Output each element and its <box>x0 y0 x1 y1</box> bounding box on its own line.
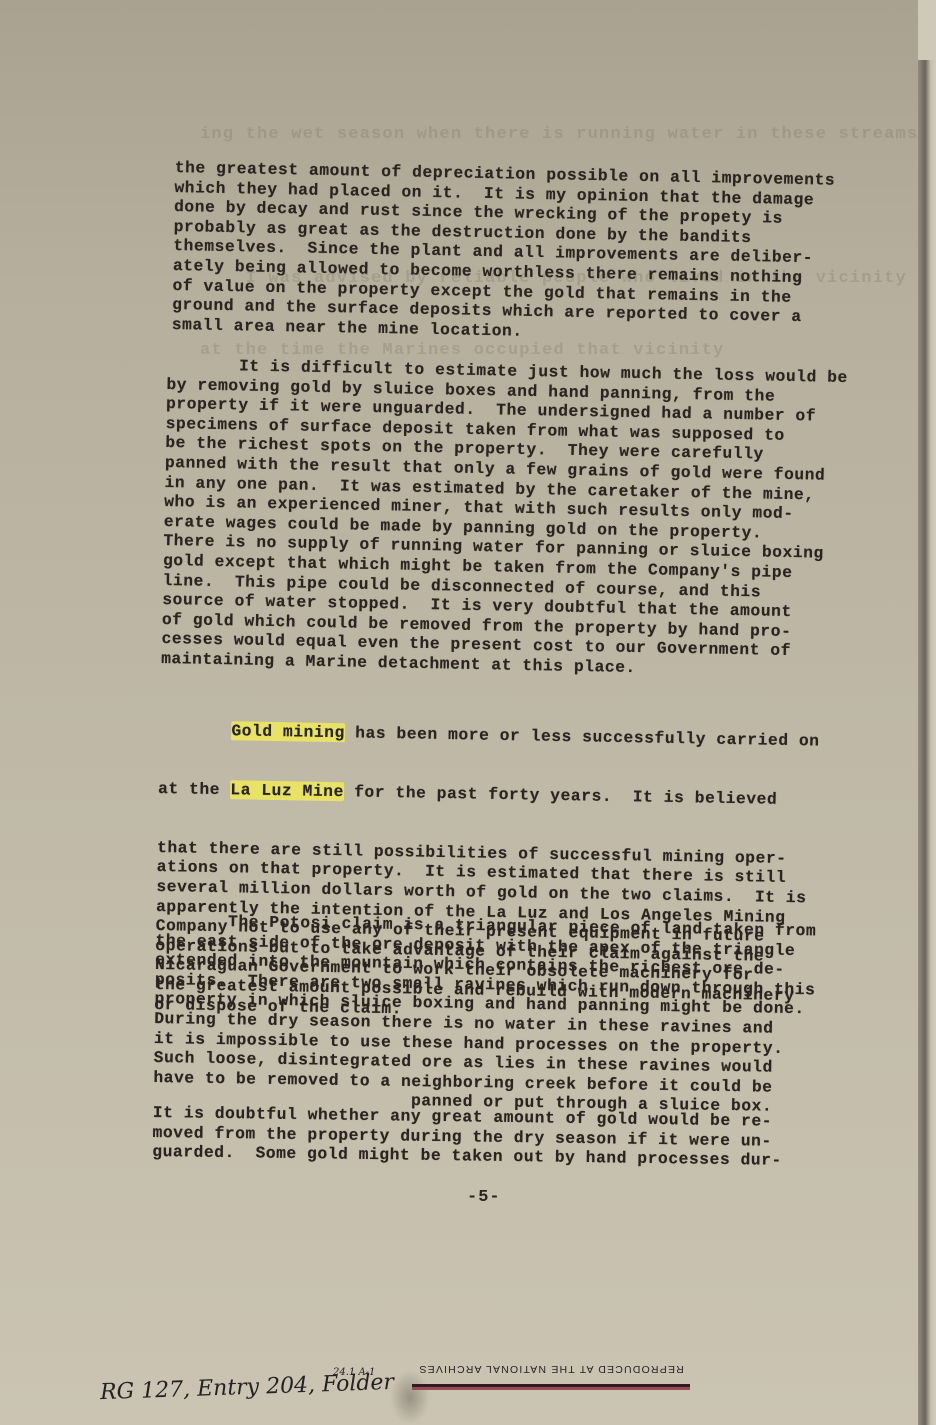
paragraph-potosi-claim: The Potosi claim is a triangular piece o… <box>153 911 916 1119</box>
text-segment: has been more or less successfully carri… <box>345 723 820 750</box>
document-page: ing the wet season when there is running… <box>0 0 918 1425</box>
folder-number: 24.1 A-1 <box>333 1367 375 1378</box>
page-edge-top <box>918 0 936 60</box>
paragraph-depreciation: the greatest amount of depreciation poss… <box>172 158 935 349</box>
highlight-gold-mining: Gold mining <box>231 721 345 742</box>
page-edge-shadow <box>918 60 936 1425</box>
highlight-la-luz-mine: La Luz Mine <box>230 780 344 801</box>
stamp-text: REPRODUCED AT THE NATIONAL ARCHIVES <box>412 1358 690 1380</box>
text-segment: for the past forty years. It is believed <box>344 782 778 809</box>
bleed-line: ing the wet season when there is running… <box>200 123 920 147</box>
text-line: at the La Luz Mine for the past forty ye… <box>158 779 918 812</box>
text-line: Gold mining has been more or less succes… <box>159 720 919 753</box>
paragraph-loss-estimate: It is difficult to estimate just how muc… <box>161 355 927 683</box>
archives-stamp: REPRODUCED AT THE NATIONAL ARCHIVES <box>412 1358 690 1387</box>
text-segment: at the <box>158 779 231 799</box>
paragraph-dry-season: It is doubtful whether any great amount … <box>152 1103 913 1172</box>
page-number: -5- <box>467 1188 501 1207</box>
